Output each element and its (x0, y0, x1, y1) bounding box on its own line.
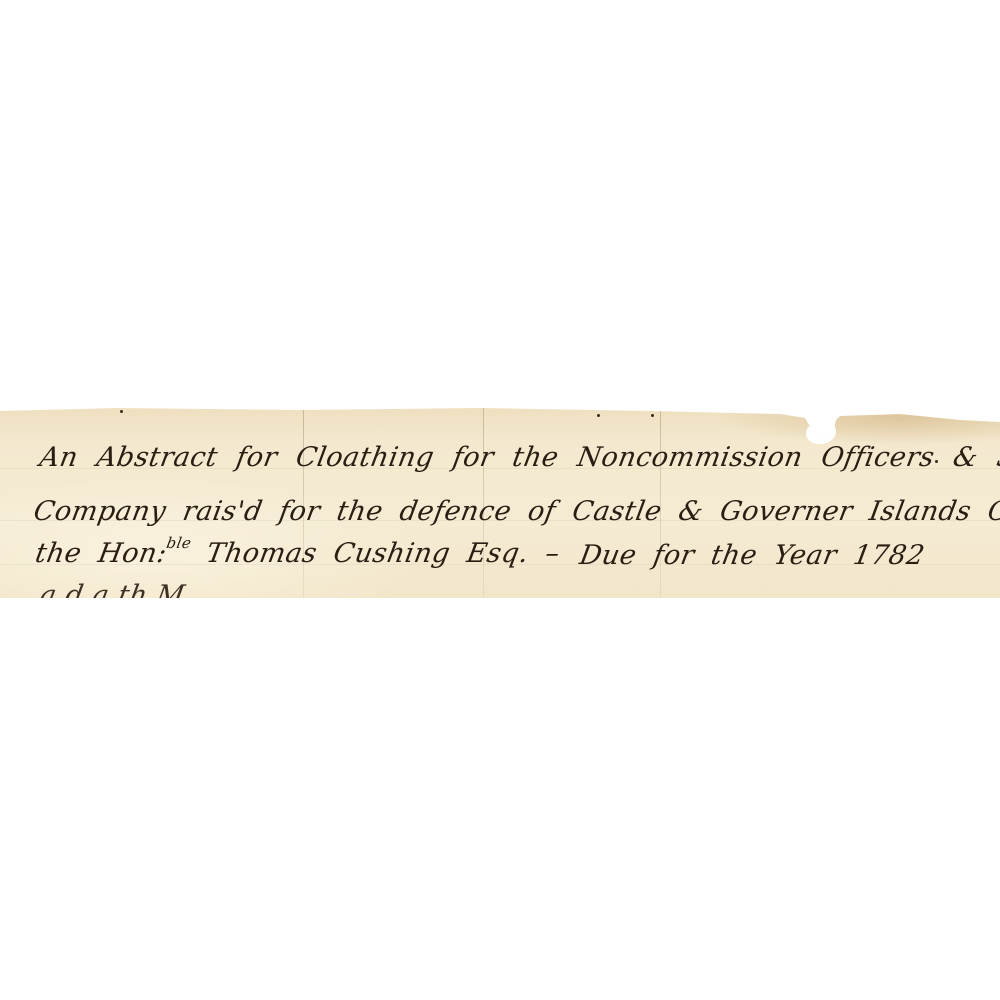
fold-crease (812, 408, 813, 428)
page-background: An Abstract for Cloathing for the Noncom… (0, 0, 1000, 1000)
manuscript-line-1: An Abstract for Cloathing for the Noncom… (37, 442, 1000, 473)
torn-hole (806, 422, 836, 444)
manuscript-line-2: Company rais'd for the defence of Castle… (31, 496, 1000, 527)
manuscript-line-3: the Hon:ble Thomas Cushing Esq. – (33, 534, 563, 569)
honorific-superscript: ble (165, 534, 193, 552)
manuscript-line-3-right: Due for the Year 1782 (577, 540, 927, 571)
honorific: the Hon: (33, 538, 170, 569)
name-text: Thomas Cushing Esq. – (204, 538, 562, 569)
ink-speck (120, 410, 123, 413)
ink-speck (651, 414, 654, 417)
manuscript-cut-line: a d a th M (37, 580, 187, 611)
ink-speck (597, 414, 600, 417)
manuscript-paper: An Abstract for Cloathing for the Noncom… (0, 408, 1000, 598)
